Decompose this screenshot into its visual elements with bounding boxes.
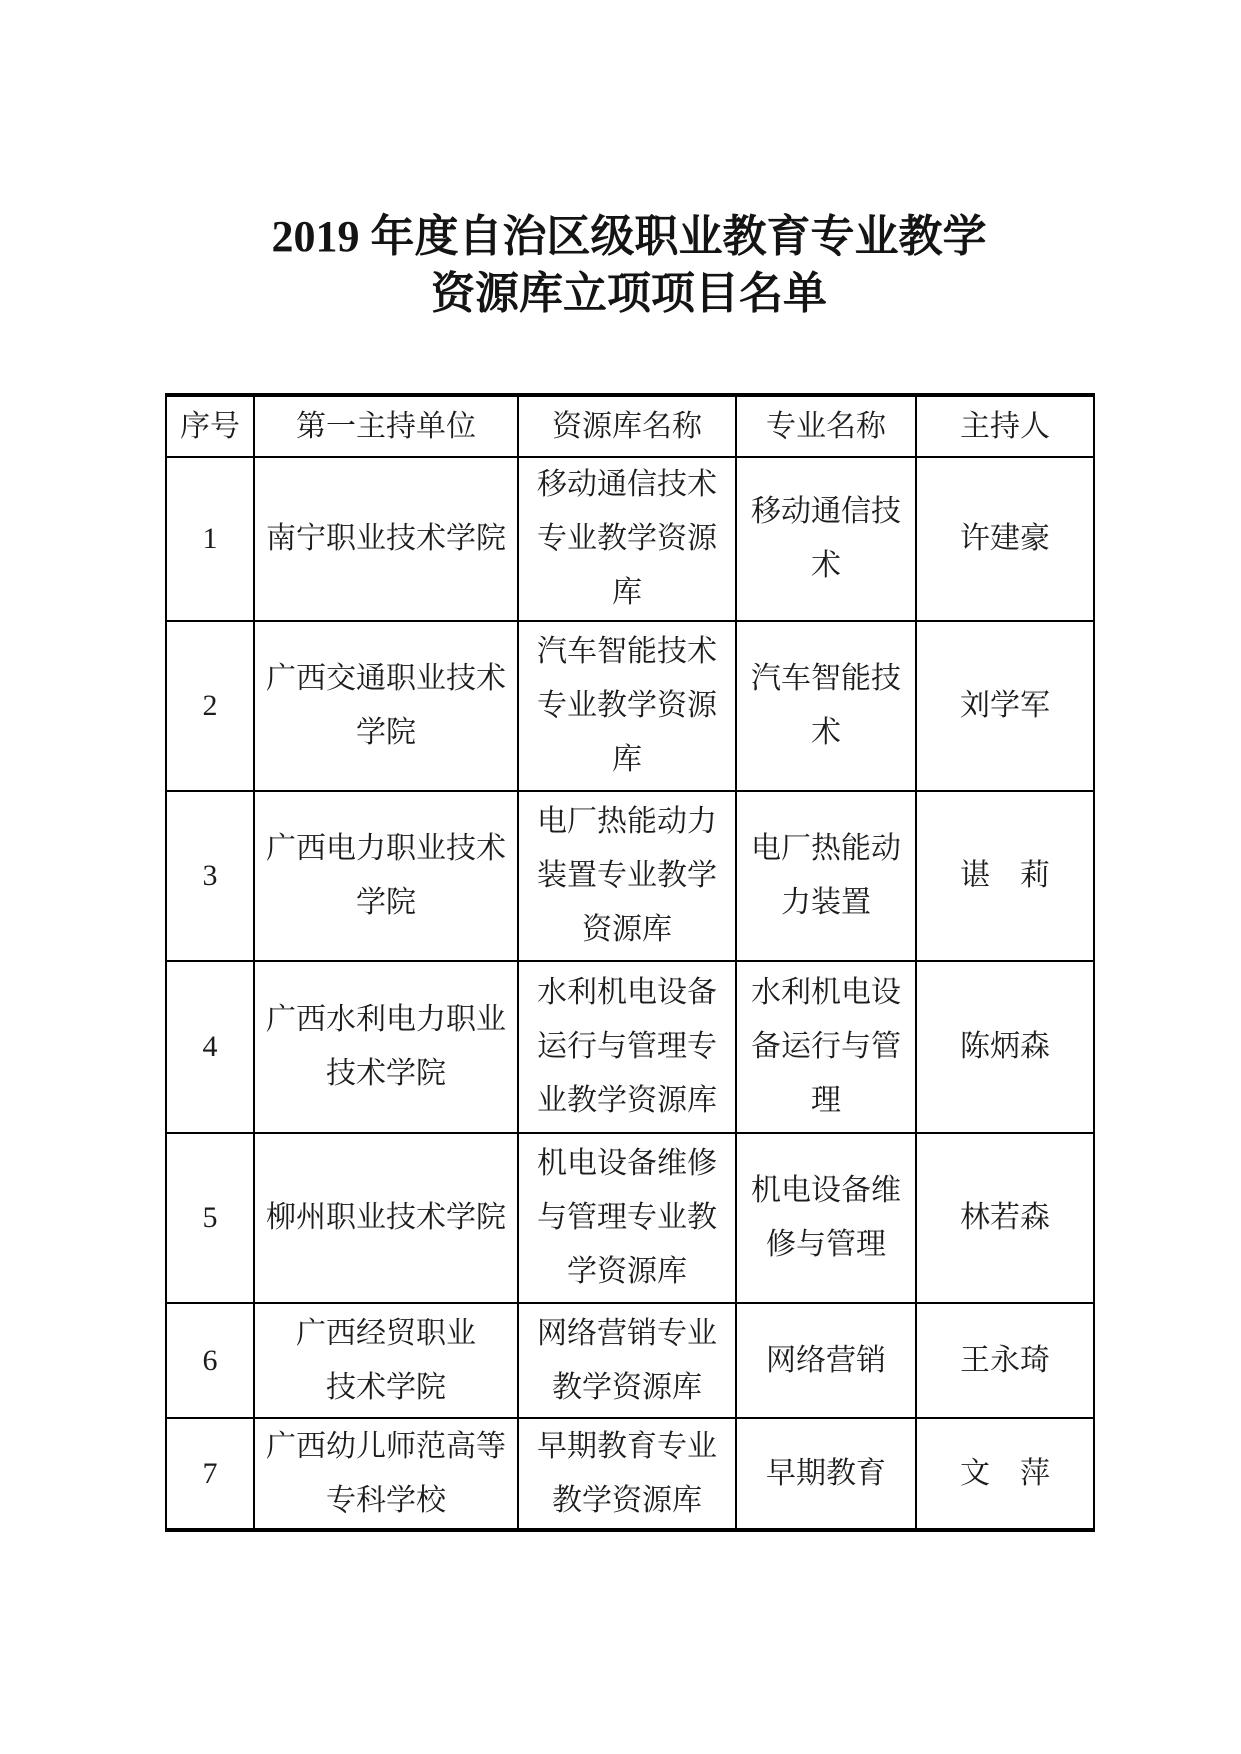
cell-major: 电厂热能动 力装置 [736,791,916,961]
cell-unit: 广西水利电力职业 技术学院 [254,961,518,1133]
cell-major: 机电设备维 修与管理 [736,1133,916,1303]
header-cell-host: 主持人 [916,395,1094,457]
document-page: 2019 年度自治区级职业教育专业教学 资源库立项项目名单 序号 第一主持单位 … [0,0,1241,1754]
cell-host: 刘学军 [916,621,1094,791]
cell-host: 陈炳森 [916,961,1094,1133]
table-row: 3 广西电力职业技术 学院 电厂热能动力 装置专业教学 资源库 电厂热能动 力装… [166,791,1094,961]
cell-resource: 汽车智能技术 专业教学资源 库 [518,621,736,791]
cell-host: 文 萍 [916,1418,1094,1530]
cell-unit: 广西幼儿师范高等 专科学校 [254,1418,518,1530]
table-header-row: 序号 第一主持单位 资源库名称 专业名称 主持人 [166,395,1094,457]
cell-no: 1 [166,457,254,621]
table-row: 5 柳州职业技术学院 机电设备维修 与管理专业教 学资源库 机电设备维 修与管理… [166,1133,1094,1303]
table-row: 6 广西经贸职业 技术学院 网络营销专业 教学资源库 网络营销 王永琦 [166,1303,1094,1418]
cell-host: 王永琦 [916,1303,1094,1418]
cell-unit: 广西电力职业技术 学院 [254,791,518,961]
cell-no: 3 [166,791,254,961]
cell-host: 许建豪 [916,457,1094,621]
cell-no: 2 [166,621,254,791]
table-row: 4 广西水利电力职业 技术学院 水利机电设备 运行与管理专 业教学资源库 水利机… [166,961,1094,1133]
cell-no: 7 [166,1418,254,1530]
cell-unit: 南宁职业技术学院 [254,457,518,621]
cell-no: 4 [166,961,254,1133]
cell-resource: 移动通信技术 专业教学资源 库 [518,457,736,621]
header-cell-resource: 资源库名称 [518,395,736,457]
cell-resource: 网络营销专业 教学资源库 [518,1303,736,1418]
cell-resource: 机电设备维修 与管理专业教 学资源库 [518,1133,736,1303]
cell-major: 网络营销 [736,1303,916,1418]
table-row: 2 广西交通职业技术 学院 汽车智能技术 专业教学资源 库 汽车智能技 术 刘学… [166,621,1094,791]
title-line-1: 2019 年度自治区级职业教育专业教学 [165,208,1093,265]
header-cell-major: 专业名称 [736,395,916,457]
projects-table: 序号 第一主持单位 资源库名称 专业名称 主持人 1 南宁职业技术学院 移动通信… [165,393,1095,1532]
cell-resource: 早期教育专业 教学资源库 [518,1418,736,1530]
header-cell-no: 序号 [166,395,254,457]
document-title: 2019 年度自治区级职业教育专业教学 资源库立项项目名单 [165,208,1093,322]
cell-major: 汽车智能技 术 [736,621,916,791]
cell-host: 谌 莉 [916,791,1094,961]
cell-no: 6 [166,1303,254,1418]
cell-unit: 广西经贸职业 技术学院 [254,1303,518,1418]
cell-unit: 广西交通职业技术 学院 [254,621,518,791]
cell-resource: 水利机电设备 运行与管理专 业教学资源库 [518,961,736,1133]
cell-major: 水利机电设 备运行与管 理 [736,961,916,1133]
cell-unit: 柳州职业技术学院 [254,1133,518,1303]
cell-resource: 电厂热能动力 装置专业教学 资源库 [518,791,736,961]
table-row: 7 广西幼儿师范高等 专科学校 早期教育专业 教学资源库 早期教育 文 萍 [166,1418,1094,1530]
cell-major: 早期教育 [736,1418,916,1530]
title-line-2: 资源库立项项目名单 [165,265,1093,322]
cell-host: 林若森 [916,1133,1094,1303]
cell-no: 5 [166,1133,254,1303]
cell-major: 移动通信技 术 [736,457,916,621]
table-row: 1 南宁职业技术学院 移动通信技术 专业教学资源 库 移动通信技 术 许建豪 [166,457,1094,621]
header-cell-unit: 第一主持单位 [254,395,518,457]
